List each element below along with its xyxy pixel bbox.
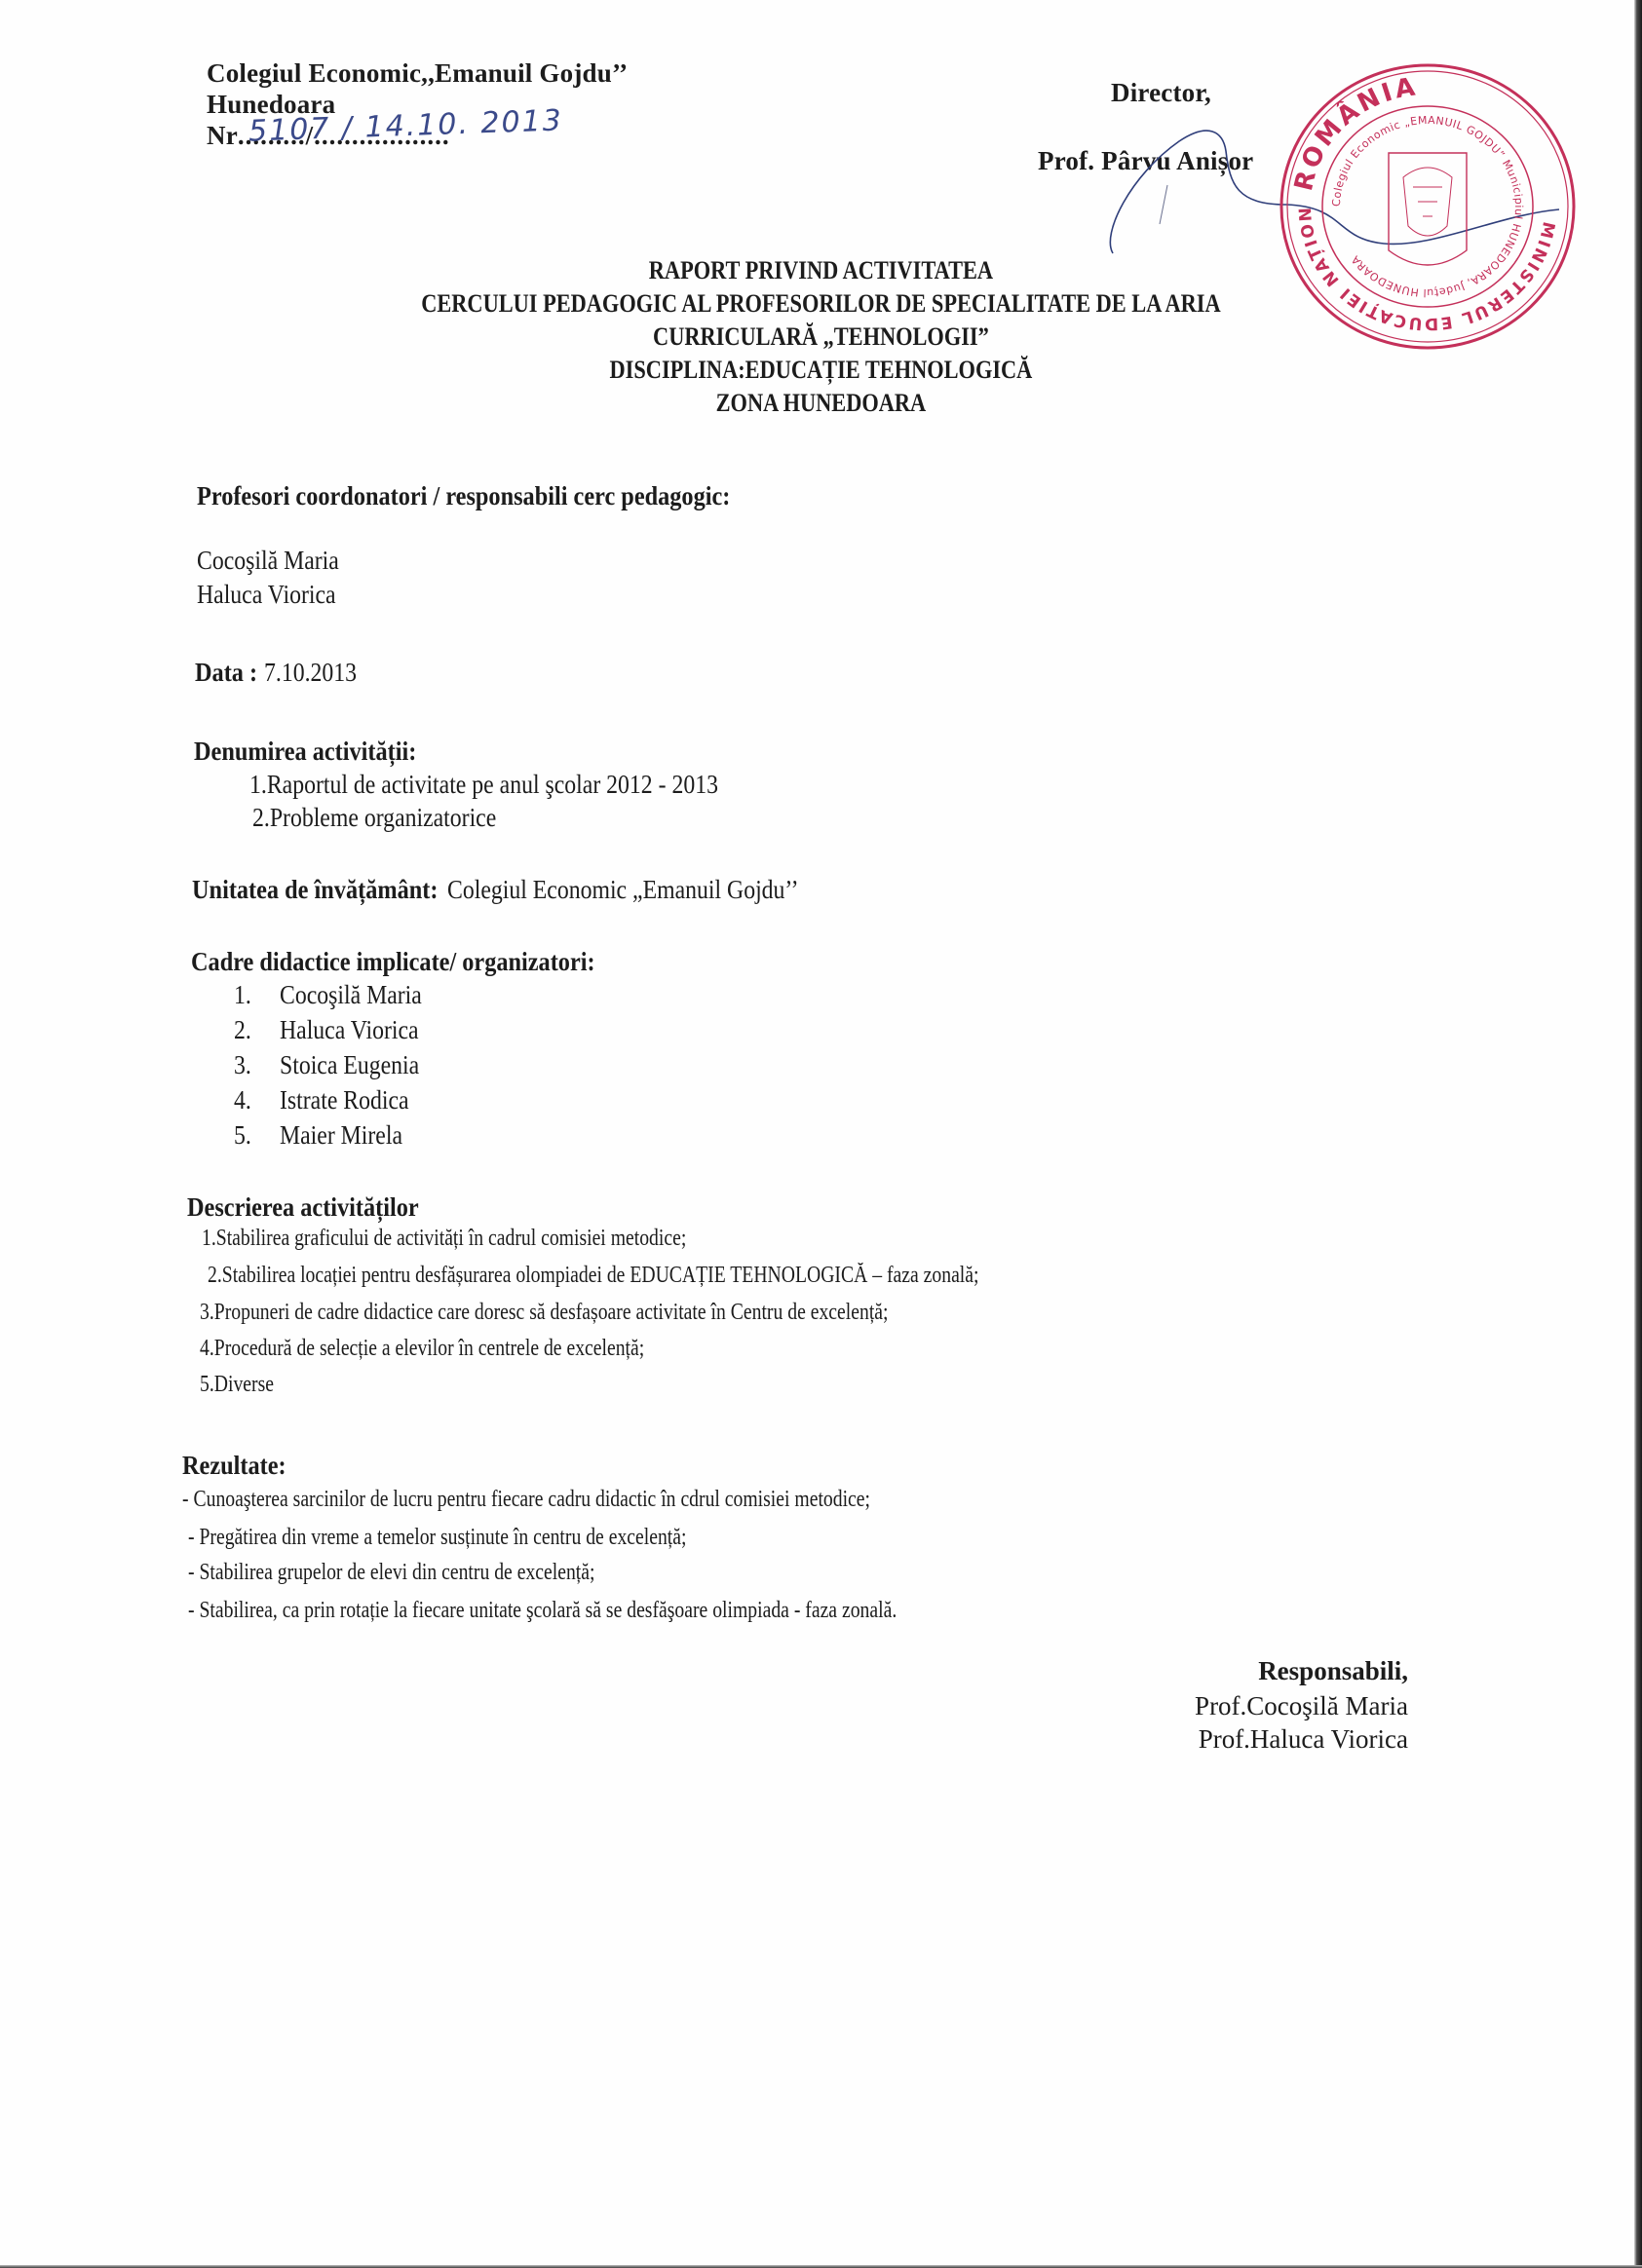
activity-item: 1.Raportul de activitate pe anul şcolar … xyxy=(249,770,718,800)
teacher-number: 3. xyxy=(234,1050,251,1080)
date-row: Data : 7.10.2013 xyxy=(195,658,369,688)
title-line-1: RAPORT PRIVIND ACTIVITATEA xyxy=(115,255,1527,286)
scan-edge xyxy=(1634,0,1642,2268)
title-line-2: CERCULUI PEDAGOGIC AL PROFESORILOR DE SP… xyxy=(115,288,1527,320)
registration-prefix: Nr xyxy=(207,121,238,150)
teacher-number: 1. xyxy=(234,980,251,1010)
school-unit-row: Unitatea de învățământ: Colegiul Economi… xyxy=(192,875,847,905)
director-label: Director, xyxy=(1111,78,1211,107)
coordinator-name: Cocoşilă Maria xyxy=(197,546,339,576)
result-item: - Cunoaşterea sarcinilor de lucru pentru… xyxy=(182,1487,870,1513)
description-item: 5.Diverse xyxy=(200,1372,274,1398)
coordinators-heading: Profesori coordonatori / responsabili ce… xyxy=(197,481,730,511)
title-line-4: DISCIPLINA:EDUCAȚIE TEHNOLOGICĂ xyxy=(115,355,1527,386)
activity-heading: Denumirea activității: xyxy=(194,737,416,767)
signature-label: Responsabili, xyxy=(1258,1656,1408,1686)
title-line-3: CURRICULARĂ „TEHNOLOGII” xyxy=(115,321,1527,353)
teacher-number: 2. xyxy=(234,1015,251,1045)
coordinator-name: Haluca Viorica xyxy=(197,580,336,610)
results-heading: Rezultate: xyxy=(182,1451,286,1481)
description-item: 1.Stabilirea graficului de activități în… xyxy=(202,1226,686,1252)
signature-name: Prof.Haluca Viorica xyxy=(1199,1724,1408,1755)
scanned-document-page: Colegiul Economic,,Emanuil Gojdu’’ Huned… xyxy=(0,0,1642,2268)
institution-name: Colegiul Economic,,Emanuil Gojdu’’ xyxy=(207,58,628,88)
teacher-number: 4. xyxy=(234,1085,251,1115)
teacher-number: 5. xyxy=(234,1120,251,1151)
date-value: 7.10.2013 xyxy=(264,658,357,688)
title-line-5: ZONA HUNEDOARA xyxy=(115,388,1527,419)
description-heading: Descrierea activităților xyxy=(187,1192,419,1223)
description-item: 3.Propuneri de cadre didactice care dore… xyxy=(200,1300,888,1326)
teacher-name: Stoica Eugenia xyxy=(280,1050,419,1080)
result-item: - Stabilirea grupelor de elevi din centr… xyxy=(188,1560,594,1586)
teacher-name: Istrate Rodica xyxy=(280,1085,409,1115)
signature-name: Prof.Cocoşilă Maria xyxy=(1195,1691,1408,1721)
teacher-name: Maier Mirela xyxy=(280,1120,402,1151)
teacher-name: Cocoşilă Maria xyxy=(280,980,422,1010)
teacher-name: Haluca Viorica xyxy=(280,1015,419,1045)
teachers-heading: Cadre didactice implicate/ organizatori: xyxy=(191,947,595,977)
date-label: Data : xyxy=(195,658,257,688)
school-unit-label: Unitatea de învățământ: xyxy=(192,875,438,905)
description-item: 4.Procedură de selecție a elevilor în ce… xyxy=(200,1336,644,1362)
result-item: - Stabilirea, ca prin rotație la fiecare… xyxy=(188,1598,897,1624)
result-item: - Pregătirea din vreme a temelor susținu… xyxy=(188,1525,686,1551)
school-unit-value: Colegiul Economic „Emanuil Gojdu’’ xyxy=(447,875,798,905)
description-item: 2.Stabilirea locației pentru desfășurare… xyxy=(208,1263,978,1289)
activity-item: 2.Probleme organizatorice xyxy=(252,803,496,833)
